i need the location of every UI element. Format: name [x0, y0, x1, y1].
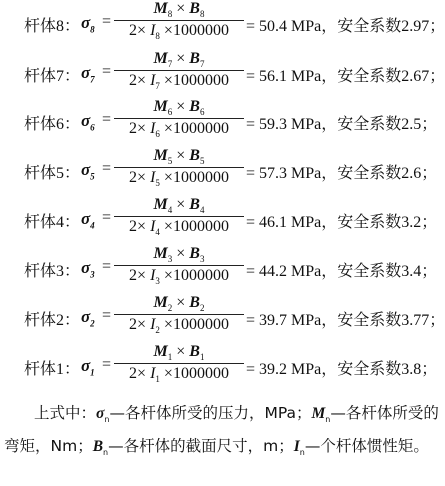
b-symbol: B [93, 438, 103, 455]
formula-row: 杆体8：σ8=M8 × B82× I8 ×1000000= 50.4 MPa，安… [24, 0, 444, 44]
sigma-desc: —各杆体所受的压力，MPa； [109, 404, 311, 422]
rod-label: 杆体7： [24, 63, 80, 86]
fraction: M6 × B62× I6 ×1000000 [114, 98, 244, 142]
numerator: M4 × B4 [114, 196, 244, 215]
fraction: M7 × B72× I7 ×1000000 [114, 50, 244, 94]
formula-row: 杆体3：σ3=M3 × B32× I3 ×1000000= 44.2 MPa，安… [24, 245, 444, 289]
rod-label: 杆体1： [24, 356, 80, 379]
sigma-symbol: σ5 [81, 160, 95, 181]
denominator: 2× I7 ×1000000 [114, 72, 244, 91]
rod-label: 杆体3： [24, 258, 80, 281]
legend-paragraph: 上式中：σn—各杆体所受的压力，MPa；Mn—各杆体所受的弯矩，Nm；Bn—各杆… [4, 400, 440, 466]
equals: = [102, 13, 111, 31]
rod-label: 杆体5： [24, 160, 80, 183]
fraction-bar [114, 265, 244, 266]
b-desc: —各杆体的截面尺寸，m； [108, 437, 294, 455]
fraction: M2 × B22× I2 ×1000000 [114, 294, 244, 338]
result: = 59.3 MPa，安全系数2.5； [246, 111, 437, 134]
legend-intro: 上式中： [34, 404, 96, 422]
equals: = [102, 160, 111, 178]
sigma-symbol: σ7 [81, 63, 95, 84]
numerator: M7 × B7 [114, 50, 244, 69]
denominator: 2× I4 ×1000000 [114, 218, 244, 237]
fraction-bar [114, 20, 244, 21]
m-symbol: M [311, 405, 325, 422]
fraction-bar [114, 314, 244, 315]
fraction-bar [114, 363, 244, 364]
rod-label: 杆体2： [24, 307, 80, 330]
equals: = [102, 209, 111, 227]
numerator: M8 × B8 [114, 0, 244, 19]
numerator: M3 × B3 [114, 245, 244, 264]
result: = 50.4 MPa，安全系数2.97； [246, 13, 445, 36]
i-desc: —个杆体惯性矩。 [305, 437, 429, 455]
equals: = [102, 307, 111, 325]
fraction: M3 × B32× I3 ×1000000 [114, 245, 244, 289]
result: = 57.3 MPa，安全系数2.6； [246, 160, 437, 183]
result: = 39.2 MPa，安全系数3.8； [246, 356, 437, 379]
denominator: 2× I6 ×1000000 [114, 120, 244, 139]
fraction-bar [114, 167, 244, 168]
equals: = [102, 111, 111, 129]
fraction-bar [114, 70, 244, 71]
equals: = [102, 258, 111, 276]
sigma-symbol: σ2 [81, 307, 95, 328]
numerator: M1 × B1 [114, 343, 244, 362]
formula-row: 杆体4：σ4=M4 × B42× I4 ×1000000= 46.1 MPa，安… [24, 196, 444, 240]
numerator: M6 × B6 [114, 98, 244, 117]
fraction: M1 × B12× I1 ×1000000 [114, 343, 244, 387]
fraction: M5 × B52× I5 ×1000000 [114, 147, 244, 191]
result: = 39.7 MPa，安全系数3.77； [246, 307, 445, 330]
sigma-symbol: σ3 [81, 258, 95, 279]
denominator: 2× I3 ×1000000 [114, 267, 244, 286]
sigma-symbol: σ4 [81, 209, 95, 230]
equals: = [102, 63, 111, 81]
formula-row: 杆体2：σ2=M2 × B22× I2 ×1000000= 39.7 MPa，安… [24, 294, 444, 338]
formula-row: 杆体5：σ5=M5 × B52× I5 ×1000000= 57.3 MPa，安… [24, 147, 444, 191]
denominator: 2× I5 ×1000000 [114, 169, 244, 188]
sigma-symbol: σ1 [81, 356, 95, 377]
fraction: M4 × B42× I4 ×1000000 [114, 196, 244, 240]
formula-row: 杆体7：σ7=M7 × B72× I7 ×1000000= 56.1 MPa，安… [24, 50, 444, 94]
rod-label: 杆体6： [24, 111, 80, 134]
formula-row: 杆体1：σ1=M1 × B12× I1 ×1000000= 39.2 MPa，安… [24, 343, 444, 387]
result: = 46.1 MPa，安全系数3.2； [246, 209, 437, 232]
fraction-bar [114, 118, 244, 119]
formula-row: 杆体6：σ6=M6 × B62× I6 ×1000000= 59.3 MPa，安… [24, 98, 444, 142]
rod-label: 杆体4： [24, 209, 80, 232]
result: = 56.1 MPa，安全系数2.67； [246, 63, 445, 86]
fraction-bar [114, 216, 244, 217]
numerator: M5 × B5 [114, 147, 244, 166]
rod-label: 杆体8： [24, 13, 80, 36]
result: = 44.2 MPa，安全系数3.4； [246, 258, 437, 281]
denominator: 2× I2 ×1000000 [114, 316, 244, 335]
equals: = [102, 356, 111, 374]
fraction: M8 × B82× I8 ×1000000 [114, 0, 244, 44]
sigma-symbol: σ6 [81, 111, 95, 132]
numerator: M2 × B2 [114, 294, 244, 313]
denominator: 2× I8 ×1000000 [114, 22, 244, 41]
denominator: 2× I1 ×1000000 [114, 365, 244, 384]
sigma-symbol: σ8 [81, 13, 95, 34]
